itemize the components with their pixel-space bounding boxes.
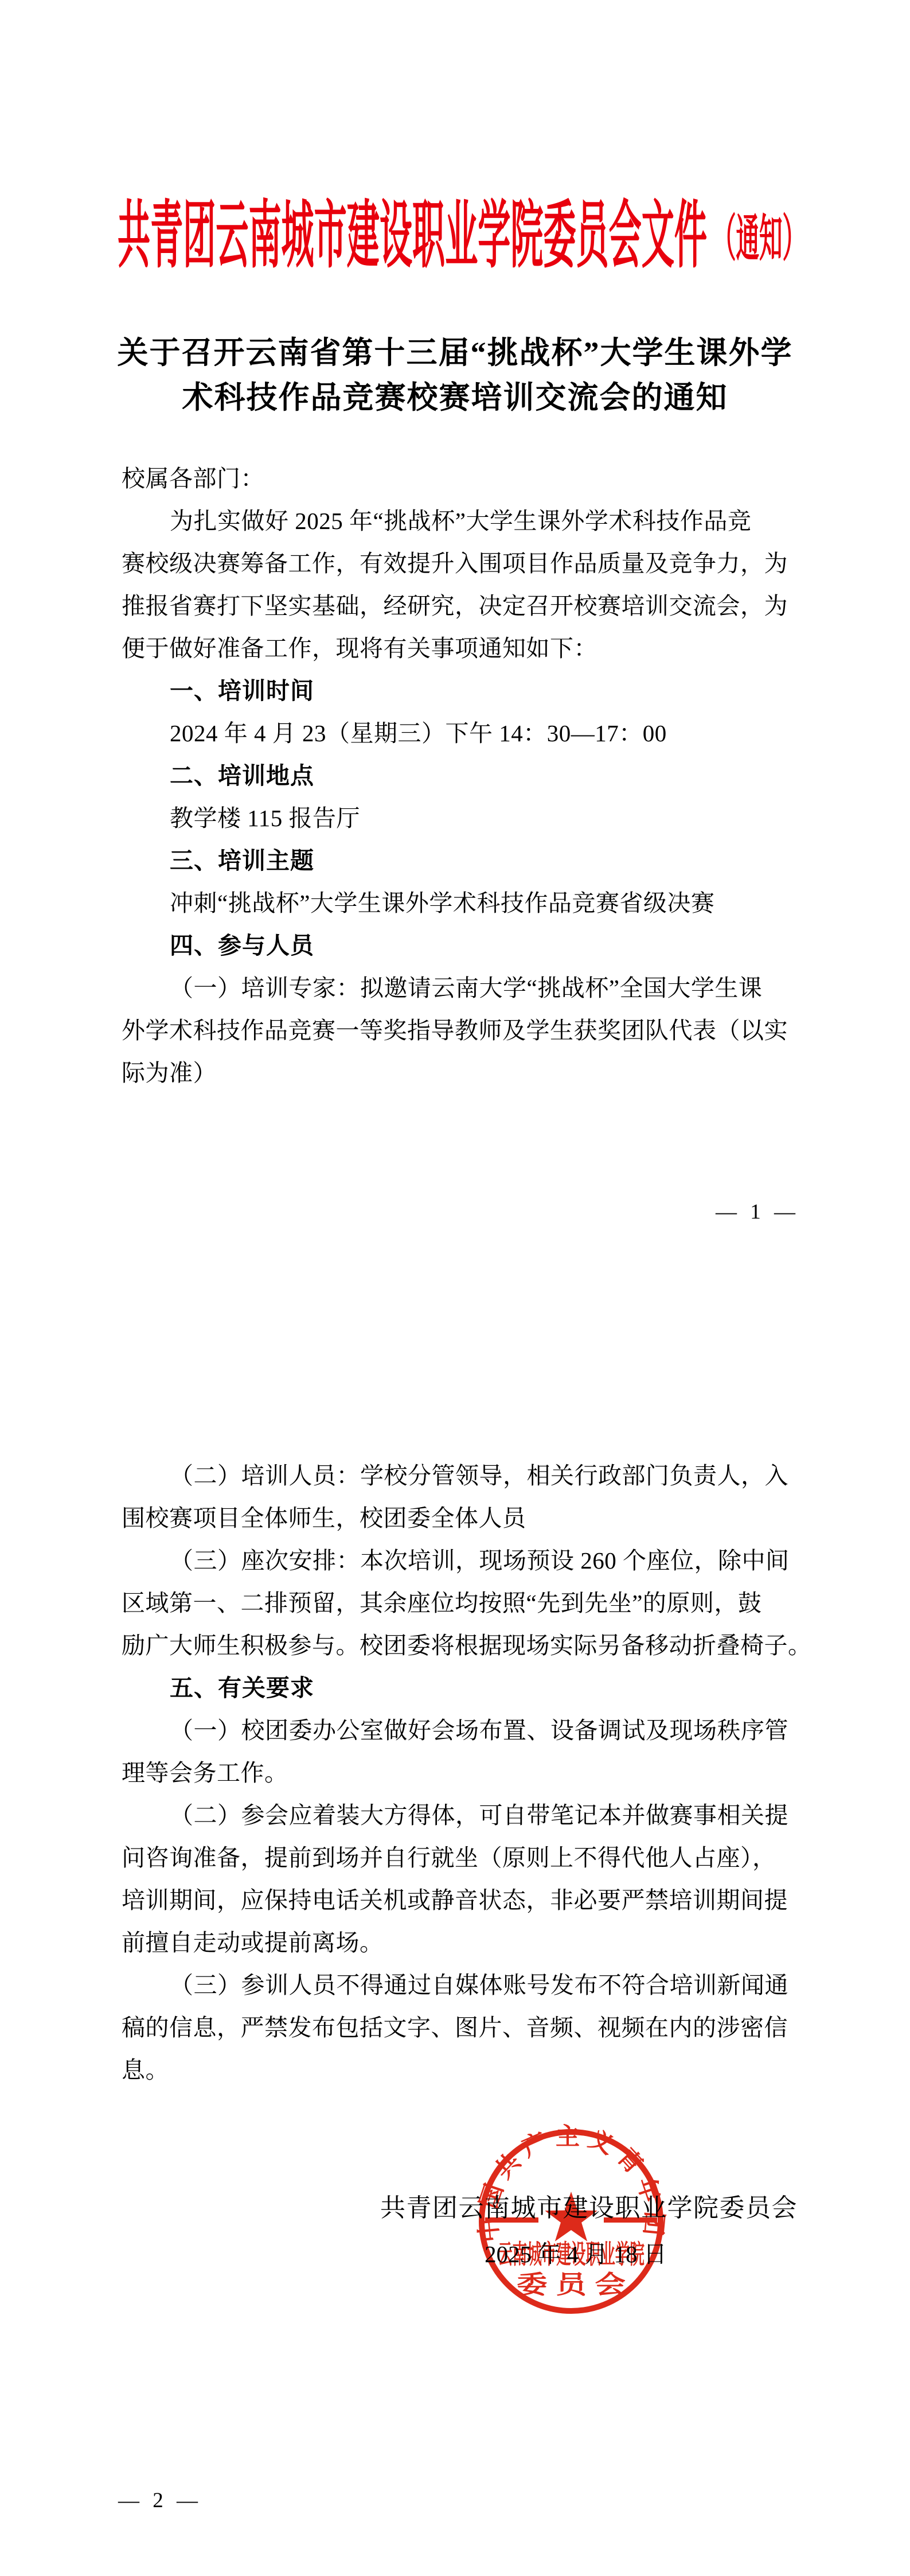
document-line: 2024 年 4 月 23（星期三）下午 14：30—17：00 [122,712,792,754]
document-title: 关于召开云南省第十三届“挑战杯”大学生课外学 术科技作品竞赛校赛培训交流会的通知 [0,330,910,420]
document-line: 推报省赛打下坚实基础，经研究，决定召开校赛培训交流会，为 [122,585,792,627]
page1-number: — 1 — [716,1200,799,1224]
document-line: （一）培训专家：拟邀请云南大学“挑战杯”全国大学生课 [122,967,792,1009]
document-line: 赛校级决赛筹备工作，有效提升入围项目作品质量及竞争力，为 [122,542,792,585]
document-line: 为扎实做好 2025 年“挑战杯”大学生课外学术科技作品竞 [122,500,792,542]
document-line: 问咨询准备，提前到场并自行就坐（原则上不得代他人占座）， [122,1836,792,1879]
document-line: 一、培训时间 [122,670,792,712]
document-line: （二）参会应着装大方得体，可自带笔记本并做赛事相关提 [122,1794,792,1836]
document-line: 外学术科技作品竞赛一等奖指导教师及学生获奖团队代表（以实 [122,1009,792,1052]
title-line-2: 术科技作品竞赛校赛培训交流会的通知 [0,375,910,420]
official-seal: 中国共产主义青年团 云南城市建设职业学院 委 员 会 [471,2122,671,2321]
document-line: 校属各部门： [122,457,792,500]
star-icon [545,2192,597,2242]
document-line: 围校赛项目全体师生，校团委全体人员 [122,1497,792,1539]
document-line: 便于做好准备工作，现将有关事项通知如下： [122,627,792,670]
document-line: 教学楼 115 报告厅 [122,797,792,839]
document-line: （三）参训人员不得通过自媒体账号发布不符合培训新闻通 [122,1964,792,2006]
document-line: （三）座次安排：本次培训，现场预设 260 个座位，除中间 [122,1539,792,1582]
document-line: 前擅自走动或提前离场。 [122,1921,792,1964]
document-line: 冲刺“挑战杯”大学生课外学术科技作品竞赛省级决赛 [122,882,792,924]
letterhead-banner: 共青团云南城市建设职业学院委员会文件 （通知） [0,165,910,274]
document-line: 区域第一、二排预留，其余座位均按照“先到先坐”的原则，鼓 [122,1582,792,1624]
document-line: 息。 [122,2049,792,2091]
document-line: （二）培训人员：学校分管领导，相关行政部门负责人，入 [122,1454,792,1497]
document-line: 稿的信息，严禁发布包括文字、图片、音频、视频在内的涉密信 [122,2006,792,2049]
document-page: 共青团云南城市建设职业学院委员会文件 （通知） 关于召开云南省第十三届“挑战杯”… [0,0,910,2576]
title-line-1: 关于召开云南省第十三届“挑战杯”大学生课外学 [0,330,910,375]
document-line: 三、培训主题 [122,839,792,882]
page1-body: 校属各部门：为扎实做好 2025 年“挑战杯”大学生课外学术科技作品竞赛校级决赛… [122,457,792,1094]
letterhead-tag-text: （通知） [713,212,806,267]
document-line: 培训期间，应保持电话关机或静音状态，非必要严禁培训期间提 [122,1879,792,1921]
seal-right-bar [604,2217,657,2223]
document-line: 理等会务工作。 [122,1752,792,1794]
document-line: （一）校团委办公室做好会场布置、设备调试及现场秩序管 [122,1709,792,1752]
document-line: 二、培训地点 [122,754,792,797]
document-line: 励广大师生积极参与。校团委将根据现场实际另备移动折叠椅子。 [122,1624,792,1667]
seal-org-text: 云南城市建设职业学院 [498,2239,645,2269]
page2-body: （二）培训人员：学校分管领导，相关行政部门负责人，入围校赛项目全体师生，校团委全… [122,1454,792,2091]
letterhead-org-text: 共青团云南城市建设职业学院委员会文件 [118,195,707,274]
document-line: 际为准） [122,1052,792,1094]
document-line: 四、参与人员 [122,924,792,967]
document-line: 五、有关要求 [122,1667,792,1709]
page2-number: — 2 — [118,2488,202,2513]
seal-left-bar [485,2217,538,2223]
seal-committee-text: 委 员 会 [517,2271,626,2299]
